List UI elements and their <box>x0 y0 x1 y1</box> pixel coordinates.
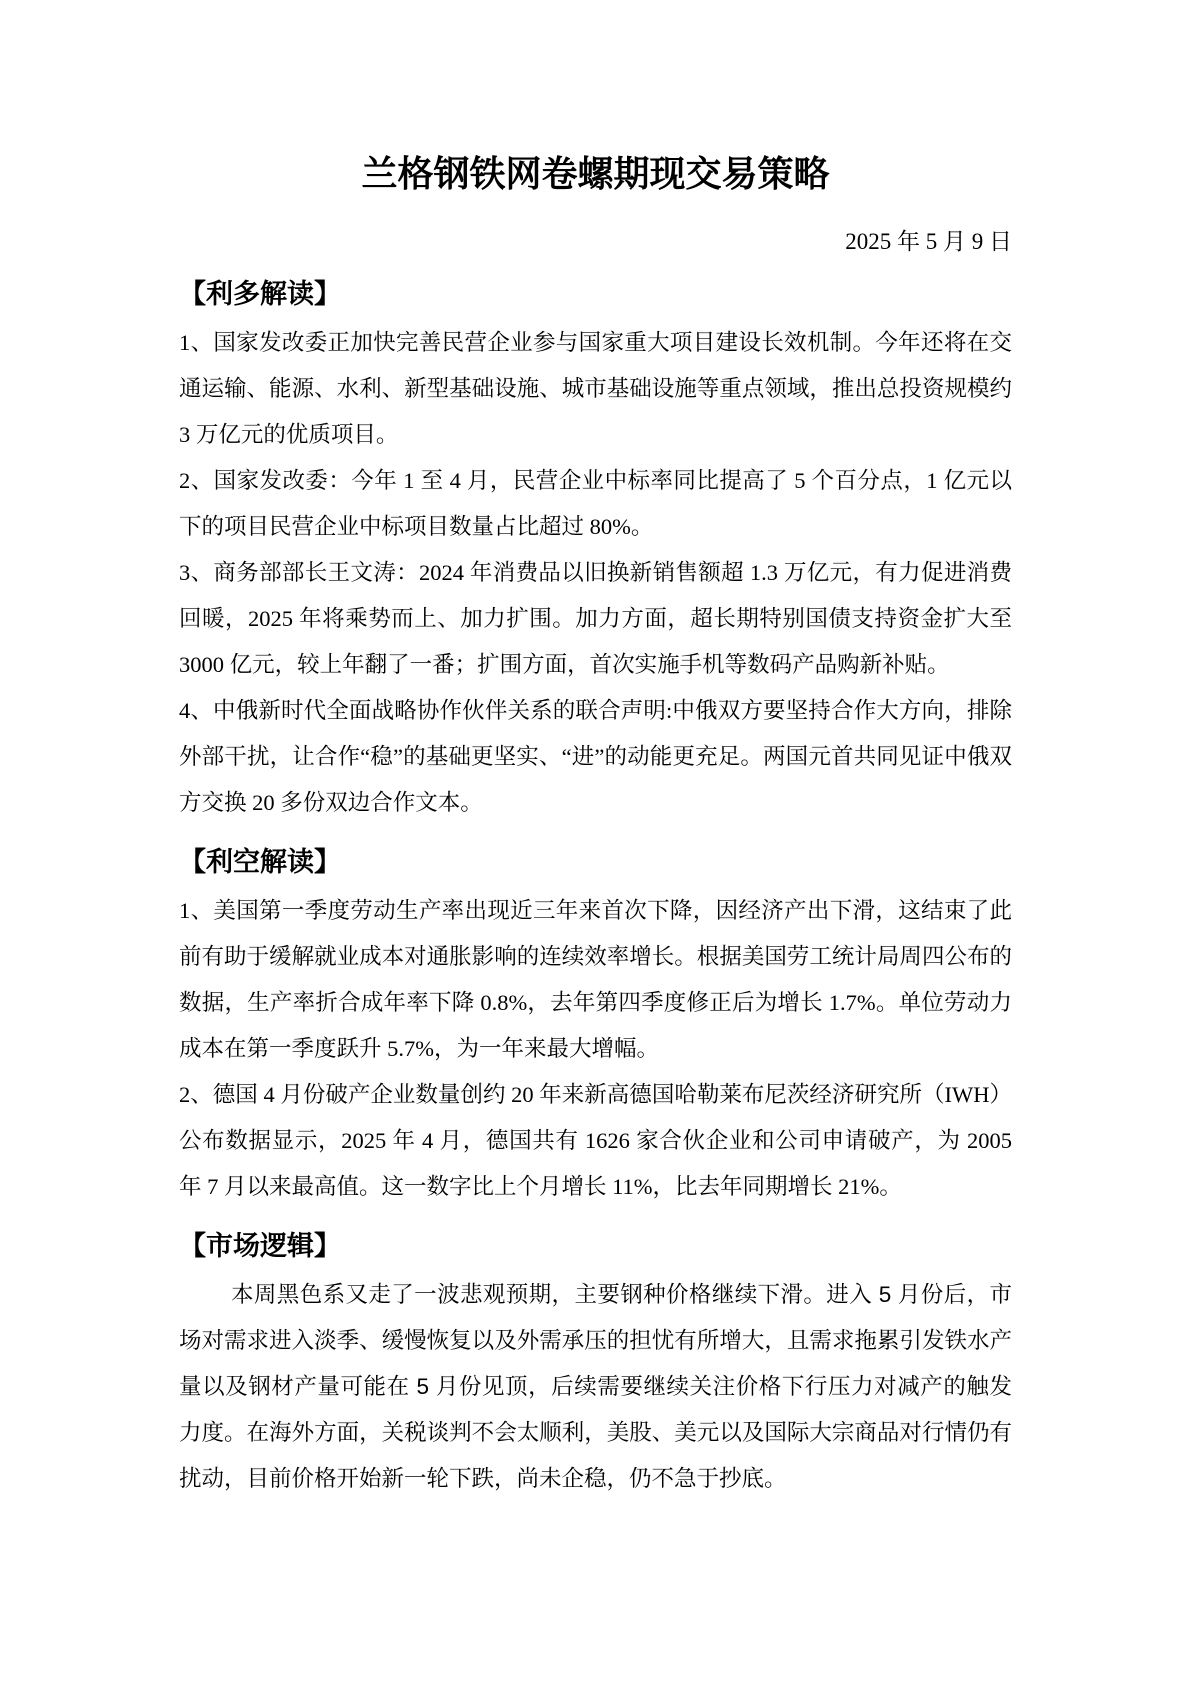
paragraph: 4、中俄新时代全面战略协作伙伴关系的联合声明:中俄双方要坚持合作大方向，排除外部… <box>179 688 1012 826</box>
section-heading-bullish: 【利多解读】 <box>179 276 1012 312</box>
section-heading-market-logic: 【市场逻辑】 <box>179 1228 1012 1264</box>
section-heading-bearish: 【利空解读】 <box>179 844 1012 880</box>
paragraph: 1、美国第一季度劳动生产率出现近三年来首次下降，因经济产出下滑，这结束了此前有助… <box>179 888 1012 1072</box>
document-title: 兰格钢铁网卷螺期现交易策略 <box>179 150 1012 198</box>
paragraph: 2、国家发改委：今年 1 至 4 月，民营企业中标率同比提高了 5 个百分点，1… <box>179 458 1012 550</box>
document-date: 2025 年 5 月 9 日 <box>179 226 1012 258</box>
paragraph: 3、商务部部长王文涛：2024 年消费品以旧换新销售额超 1.3 万亿元，有力促… <box>179 550 1012 688</box>
section-bullish: 【利多解读】 1、国家发改委正加快完善民营企业参与国家重大项目建设长效机制。今年… <box>179 276 1012 826</box>
paragraph: 2、德国 4 月份破产企业数量创约 20 年来新高德国哈勒莱布尼茨经济研究所（I… <box>179 1072 1012 1210</box>
paragraph: 本周黑色系又走了一波悲观预期，主要钢种价格继续下滑。进入 5 月份后，市场对需求… <box>179 1272 1012 1502</box>
section-market-logic: 【市场逻辑】 本周黑色系又走了一波悲观预期，主要钢种价格继续下滑。进入 5 月份… <box>179 1228 1012 1502</box>
paragraph: 1、国家发改委正加快完善民营企业参与国家重大项目建设长效机制。今年还将在交通运输… <box>179 320 1012 458</box>
document-page: 兰格钢铁网卷螺期现交易策略 2025 年 5 月 9 日 【利多解读】 1、国家… <box>0 0 1190 1683</box>
section-bearish: 【利空解读】 1、美国第一季度劳动生产率出现近三年来首次下降，因经济产出下滑，这… <box>179 844 1012 1210</box>
